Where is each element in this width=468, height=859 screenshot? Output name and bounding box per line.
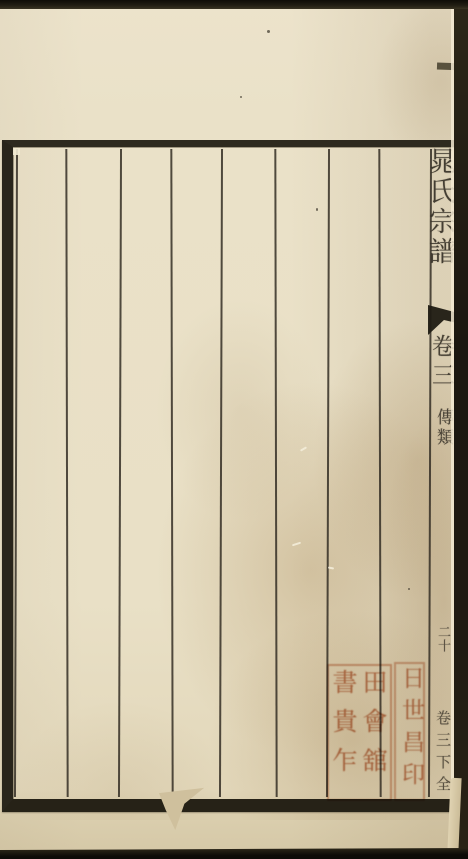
book-edge-bottom — [0, 848, 468, 859]
scanned-genealogy-page: 晁氏宗譜 卷三 傳類 二十 卷三下全 田會舘 書貴乍 日世昌印 — [0, 0, 468, 859]
seal-column: 日世昌印 — [397, 666, 424, 794]
ink-speck — [316, 208, 318, 211]
book-edge-right — [454, 0, 468, 859]
seal-column-right: 田會舘 — [358, 669, 388, 796]
page-number: 二十 — [436, 625, 452, 653]
seal-column-left: 書貴乍 — [328, 669, 358, 796]
ink-speck — [240, 96, 242, 98]
frame-corner-gap — [13, 148, 20, 155]
book-edge-top — [0, 0, 468, 9]
red-seal-small: 日世昌印 — [394, 662, 425, 801]
ink-speck — [267, 30, 270, 33]
red-seal-large: 田會舘 書貴乍 — [327, 664, 392, 801]
ink-speck — [408, 588, 410, 590]
